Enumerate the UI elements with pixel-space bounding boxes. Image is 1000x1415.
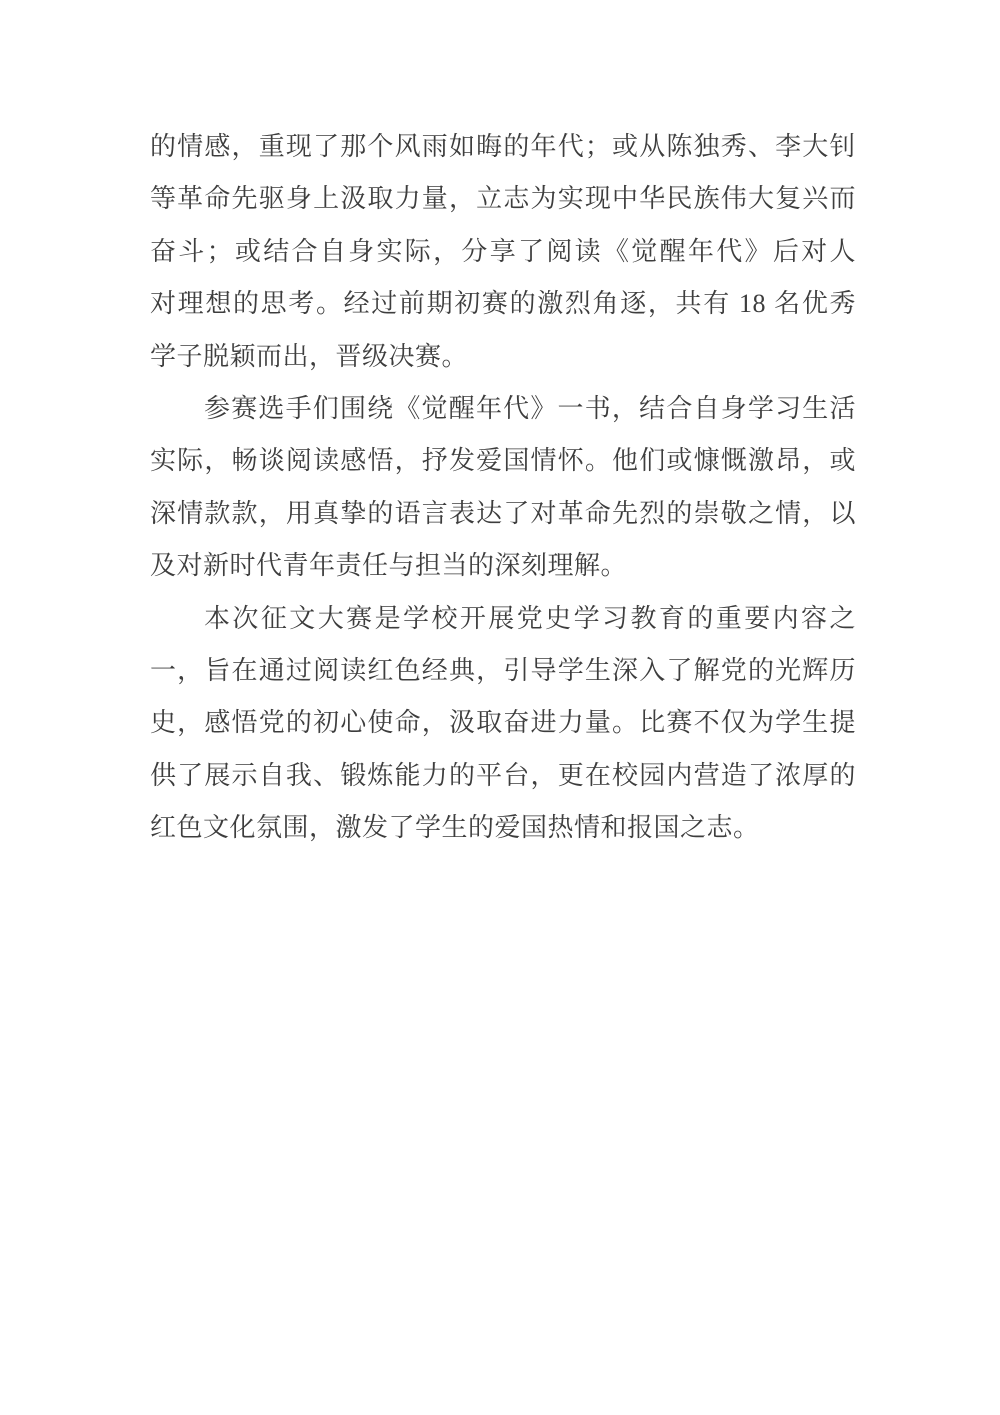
text-line: 红色文化氛围，激发了学生的爱国热情和报国之志。	[150, 802, 856, 854]
text-line: 深情款款，用真挚的语言表达了对革命先烈的崇敬之情，以	[150, 488, 856, 540]
text-line: 对理想的思考。经过前期初赛的激烈角逐，共有 18 名优秀	[150, 278, 856, 330]
text-line: 本次征文大赛是学校开展党史学习教育的重要内容之	[150, 593, 856, 645]
text-line: 等革命先驱身上汲取力量，立志为实现中华民族伟大复兴而	[150, 173, 856, 225]
text-line: 供了展示自我、锻炼能力的平台，更在校园内营造了浓厚的	[150, 750, 856, 802]
document-page: 的情感，重现了那个风雨如晦的年代；或从陈独秀、李大钊 等革命先驱身上汲取力量，立…	[0, 0, 1000, 1415]
paragraph-2: 参赛选手们围绕《觉醒年代》一书，结合自身学习生活 实际，畅谈阅读感悟，抒发爱国情…	[150, 383, 856, 593]
text-line: 实际，畅谈阅读感悟，抒发爱国情怀。他们或慷慨激昂，或	[150, 435, 856, 487]
text-line: 的情感，重现了那个风雨如晦的年代；或从陈独秀、李大钊	[150, 121, 856, 173]
text-line: 一，旨在通过阅读红色经典，引导学生深入了解党的光辉历	[150, 645, 856, 697]
text-line: 奋斗；或结合自身实际，分享了阅读《觉醒年代》后对人生、	[150, 226, 856, 278]
text-line: 参赛选手们围绕《觉醒年代》一书，结合自身学习生活	[150, 383, 856, 435]
paragraph-3: 本次征文大赛是学校开展党史学习教育的重要内容之 一，旨在通过阅读红色经典，引导学…	[150, 593, 856, 855]
text-line: 及对新时代青年责任与担当的深刻理解。	[150, 540, 856, 592]
document-text-block: 的情感，重现了那个风雨如晦的年代；或从陈独秀、李大钊 等革命先驱身上汲取力量，立…	[150, 121, 856, 854]
text-line: 学子脱颖而出，晋级决赛。	[150, 331, 856, 383]
paragraph-1: 的情感，重现了那个风雨如晦的年代；或从陈独秀、李大钊 等革命先驱身上汲取力量，立…	[150, 121, 856, 383]
text-line: 史，感悟党的初心使命，汲取奋进力量。比赛不仅为学生提	[150, 697, 856, 749]
